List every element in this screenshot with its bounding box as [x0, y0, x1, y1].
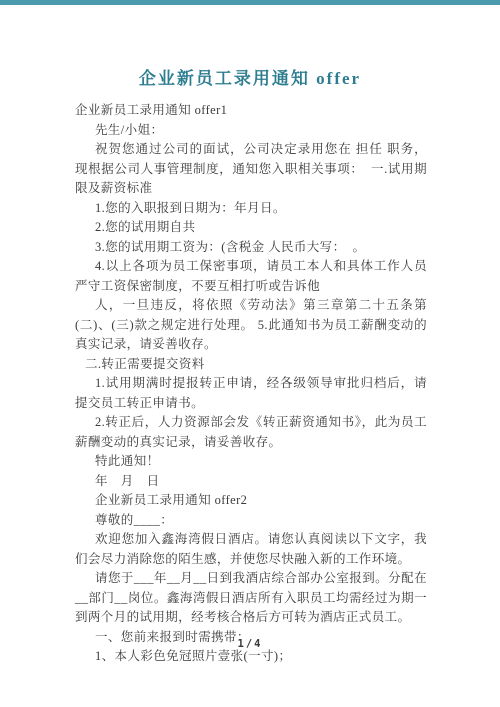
paragraph: 3.您的试用期工资为：(含税金 人民币大写： 。 — [75, 238, 427, 258]
paragraph: 先生/小姐： — [75, 121, 427, 141]
document-page: 企业新员工录用通知 offer 企业新员工录用通知 offer1先生/小姐：祝贺… — [0, 0, 500, 707]
paragraph: 1.您的入职报到日期为：年月日。 — [75, 199, 427, 219]
paragraph: 2.您的试用期自共 — [75, 218, 427, 238]
paragraph: 请您于___年__月__日到我酒店综合部办公室报到。分配在__部门__岗位。鑫海… — [75, 569, 427, 628]
paragraph: 2.转正后，人力资源部会发《转正薪资通知书》，此为员工薪酬变动的真实记录，请妥善… — [75, 413, 427, 452]
paragraph: 二.转正需要提交资料 — [75, 355, 427, 375]
document-title: 企业新员工录用通知 offer — [0, 64, 500, 89]
paragraph: 1.试用期满时提报转正申请，经各级领导审批归档后，请提交员工转正申请书。 — [75, 374, 427, 413]
paragraph: 企业新员工录用通知 offer1 — [75, 101, 427, 121]
paragraph: 特此通知！ — [75, 452, 427, 472]
page-number: 1/4 — [0, 638, 500, 650]
paragraph: 祝贺您通过公司的面试，公司决定录用您在 担任 职务， 现根据公司人事管理制度，通… — [75, 140, 427, 199]
document-body: 企业新员工录用通知 offer1先生/小姐：祝贺您通过公司的面试，公司决定录用您… — [75, 101, 427, 667]
paragraph: 4.以上各项为员工保密事项，请员工本人和具体工作人员严守工资保密制度，不要互相打… — [75, 257, 427, 296]
paragraph: 年 月 日 — [75, 472, 427, 492]
top-accent-bar — [0, 0, 500, 5]
paragraph: 企业新员工录用通知 offer2 — [75, 491, 427, 511]
paragraph: 欢迎您加入鑫海湾假日酒店。请您认真阅读以下文字，我们会尽力消除您的陌生感，并使您… — [75, 530, 427, 569]
paragraph: 尊敬的____： — [75, 511, 427, 531]
paragraph: 人，一旦违反，将依照《劳动法》第三章第二十五条第(二)、(三)款之规定进行处理。… — [75, 296, 427, 355]
